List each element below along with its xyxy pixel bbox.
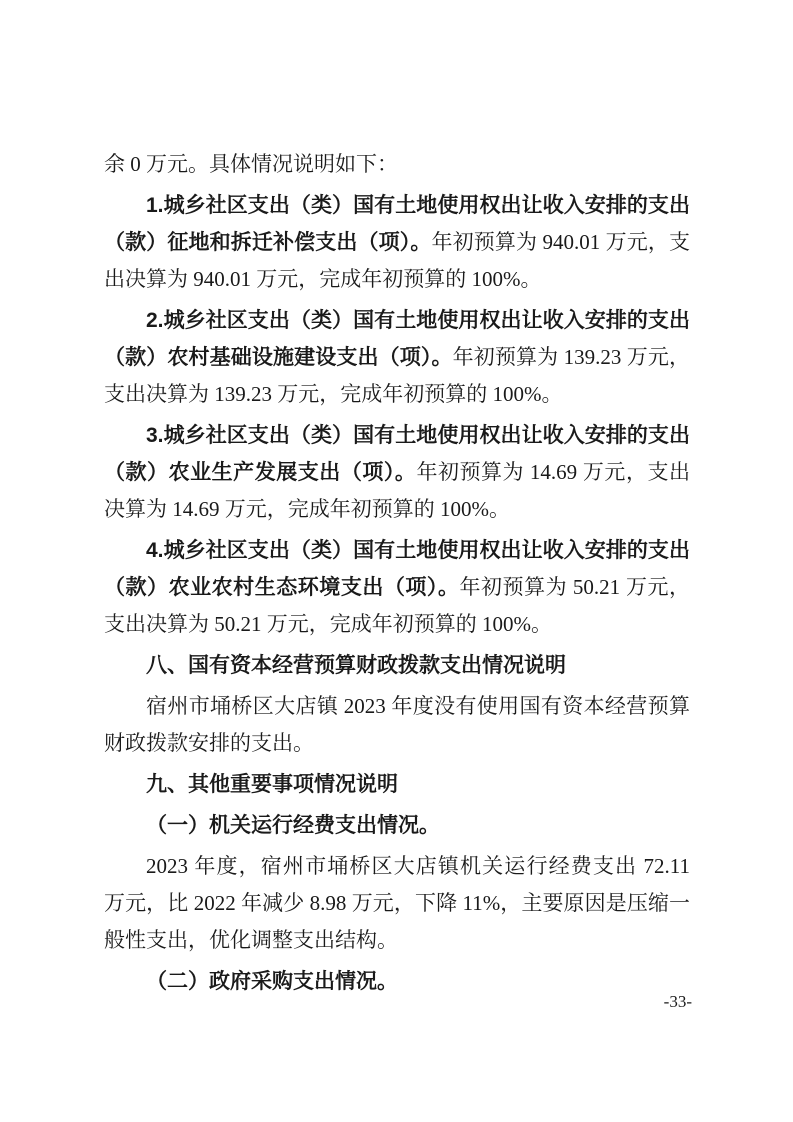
document-content: 余 0 万元。具体情况说明如下： 1.城乡社区支出（类）国有土地使用权出让收入安… <box>104 146 690 1004</box>
intro-text: 余 0 万元。具体情况说明如下： <box>104 152 398 176</box>
section-8-heading-text: 八、国有资本经营预算财政拨款支出情况说明 <box>146 654 566 677</box>
section-9-sub1-body: 2023 年度，宿州市埇桥区大店镇机关运行经费支出 72.11 万元，比 202… <box>104 848 690 959</box>
section-8-body-text: 宿州市埇桥区大店镇 2023 年度没有使用国有资本经营预算财政拨款安排的支出。 <box>104 694 690 755</box>
document-page: 余 0 万元。具体情况说明如下： 1.城乡社区支出（类）国有土地使用权出让收入安… <box>0 0 793 1122</box>
expense-item-2: 2.城乡社区支出（类）国有土地使用权出让收入安排的支出（款）农村基础设施建设支出… <box>104 302 690 413</box>
section-8-body: 宿州市埇桥区大店镇 2023 年度没有使用国有资本经营预算财政拨款安排的支出。 <box>104 688 690 762</box>
expense-item-4: 4.城乡社区支出（类）国有土地使用权出让收入安排的支出（款）农业农村生态环境支出… <box>104 532 690 643</box>
section-9-sub1-heading-text: （一）机关运行经费支出情况。 <box>146 814 440 837</box>
intro-paragraph: 余 0 万元。具体情况说明如下： <box>104 146 690 183</box>
section-9-heading-text: 九、其他重要事项情况说明 <box>146 773 398 796</box>
section-9-sub1-heading: （一）机关运行经费支出情况。 <box>104 807 690 844</box>
section-9-heading: 九、其他重要事项情况说明 <box>104 766 690 803</box>
expense-item-1: 1.城乡社区支出（类）国有土地使用权出让收入安排的支出（款）征地和拆迁补偿支出（… <box>104 187 690 298</box>
section-8-heading: 八、国有资本经营预算财政拨款支出情况说明 <box>104 647 690 684</box>
section-9-sub1-body-text: 2023 年度，宿州市埇桥区大店镇机关运行经费支出 72.11 万元，比 202… <box>104 854 690 952</box>
section-9-sub2-heading: （二）政府采购支出情况。 <box>104 963 690 1000</box>
section-9-sub2-heading-text: （二）政府采购支出情况。 <box>146 970 398 993</box>
page-number: -33- <box>664 992 692 1012</box>
expense-item-3: 3.城乡社区支出（类）国有土地使用权出让收入安排的支出（款）农业生产发展支出（项… <box>104 417 690 528</box>
